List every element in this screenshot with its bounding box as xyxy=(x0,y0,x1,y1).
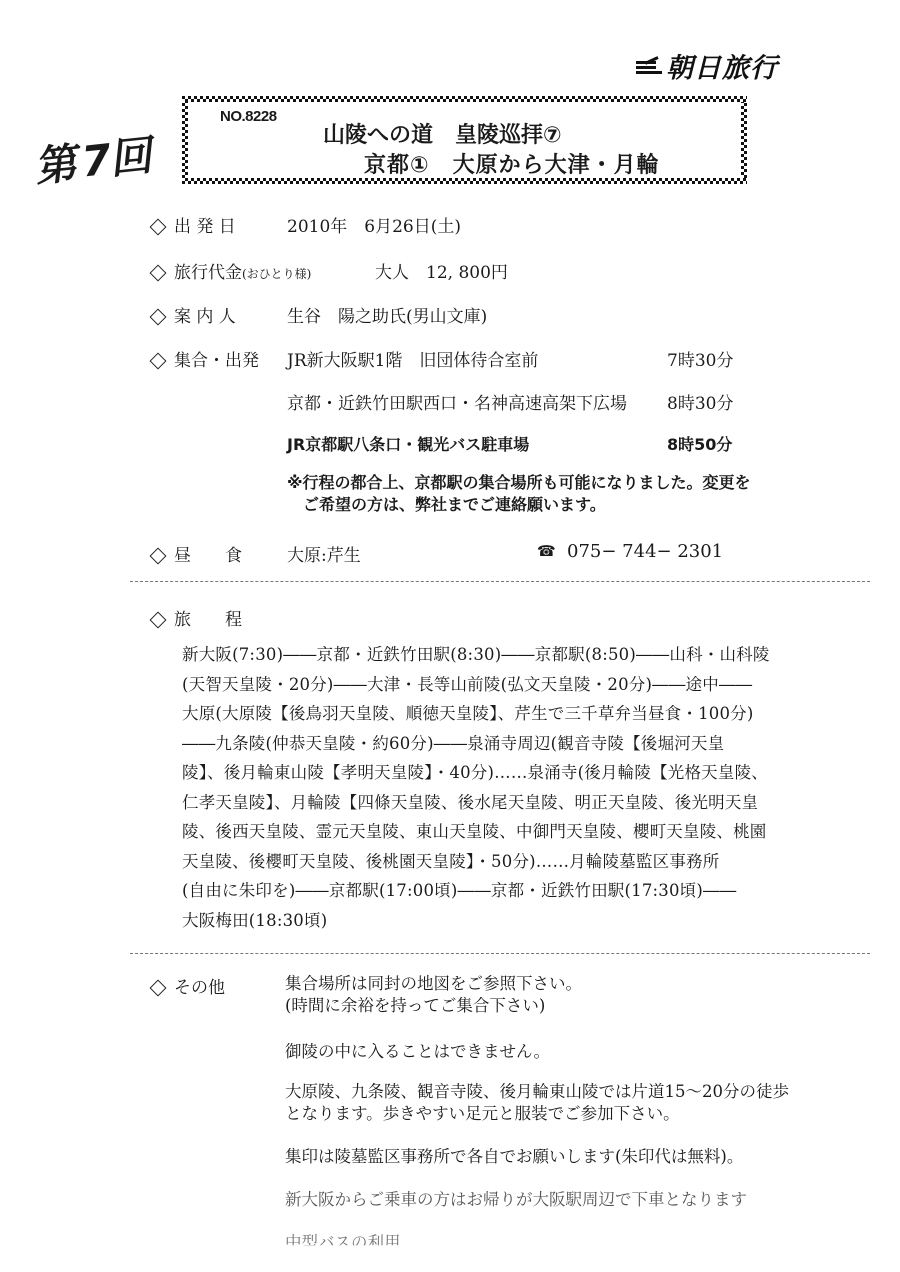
tour-subtitle: 京都① 大原から大津・月輪 xyxy=(364,148,660,179)
diamond-bullet-icon xyxy=(150,352,167,369)
itinerary-line: 仁孝天皇陵】、月輪陵【四條天皇陵、後水尾天皇陵、明正天皇陵、後光明天皇 xyxy=(182,788,842,818)
section-divider xyxy=(130,581,870,582)
diamond-bullet-icon xyxy=(150,218,167,235)
itinerary-line: ――九条陵(仲恭天皇陵・約60分)――泉涌寺周辺(観音寺陵【後堀河天皇 xyxy=(182,729,842,759)
meeting-time: 8時30分 xyxy=(667,389,733,414)
diamond-bullet-icon xyxy=(150,547,167,564)
diamond-bullet-icon xyxy=(150,264,167,281)
itinerary-line: 陵】、後月輪東山陵【孝明天皇陵】・40分)……泉涌寺(後月輪陵【光格天皇陵、 xyxy=(182,758,842,788)
diamond-bullet-icon xyxy=(150,308,167,325)
itinerary-line: 新大阪(7:30)――京都・近鉄竹田駅(8:30)――京都駅(8:50)――山科… xyxy=(182,640,842,670)
lunch-place: 大原:芹生 xyxy=(287,541,361,566)
title-box: NO.8228 山陵への道 皇陵巡拝⑦ 京都① 大原から大津・月輪 xyxy=(182,96,747,184)
guide-label: 案 内 人 xyxy=(148,302,236,327)
handwritten-note: 第7回 xyxy=(35,121,160,194)
other-note: 御陵の中に入ることはできません。 xyxy=(285,1041,550,1063)
itinerary-line: 陵、後西天皇陵、霊元天皇陵、東山天皇陵、中御門天皇陵、櫻町天皇陵、桃園 xyxy=(182,817,842,847)
meeting-place: JR京都駅八条口・観光バス駐車場 xyxy=(287,432,529,455)
itinerary-line: 大阪梅田(18:30頃) xyxy=(182,906,842,936)
other-note: 中型バスの利用 xyxy=(285,1232,401,1254)
itinerary-text: 新大阪(7:30)――京都・近鉄竹田駅(8:30)――京都駅(8:50)――山科… xyxy=(182,640,842,935)
company-name: 朝日旅行 xyxy=(666,46,778,85)
itinerary-line: (天智天皇陵・20分)――大津・長等山前陵(弘文天皇陵・20分)――途中―― xyxy=(182,670,842,700)
meeting-place: 京都・近鉄竹田駅西口・名神高速高架下広場 xyxy=(287,389,627,414)
other-note: 集合場所は同封の地図をご参照下さい。 (時間に余裕を持ってご集合下さい) xyxy=(285,973,582,1017)
price-value: 大人 12, 800円 xyxy=(375,258,508,283)
departure-label: 出 発 日 xyxy=(148,212,236,237)
lunch-label: 昼 食 xyxy=(148,541,242,566)
departure-date: 2010年 6月26日(土) xyxy=(287,212,461,237)
itinerary-line: 天皇陵、後櫻町天皇陵、後桃園天皇陵】・50分)……月輪陵墓監区事務所 xyxy=(182,847,842,877)
telephone-icon: ☎ xyxy=(537,542,556,560)
other-note: 大原陵、九条陵、観音寺陵、後月輪東山陵では片道15～20分の徒歩 となります。歩… xyxy=(285,1081,789,1125)
other-note: 新大阪からご乗車の方はお帰りが大阪駅周辺で下車となります xyxy=(285,1189,747,1211)
meeting-note: ※行程の都合上、京都駅の集合場所も可能になりました。変更を ご希望の方は、弊社ま… xyxy=(287,472,751,516)
tour-number: NO.8228 xyxy=(220,108,277,125)
company-logo: 朝日旅行 xyxy=(636,46,778,85)
diamond-bullet-icon xyxy=(150,611,167,628)
guide-name: 生谷 陽之助氏(男山文庫) xyxy=(287,302,487,327)
tour-title: 山陵への道 皇陵巡拝⑦ xyxy=(323,118,562,149)
meeting-time: 8時50分 xyxy=(667,432,732,455)
itinerary-line: 大原(大原陵【後鳥羽天皇陵、順徳天皇陵】、芹生で三千草弁当昼食・100分) xyxy=(182,699,842,729)
meeting-time: 7時30分 xyxy=(667,346,733,371)
diamond-bullet-icon xyxy=(150,979,167,996)
meeting-label: 集合・出発 xyxy=(148,346,259,371)
other-note: 集印は陵墓監区事務所で各自でお願いします(朱印代は無料)。 xyxy=(285,1146,743,1168)
phone-number: 075− 744− 2301 xyxy=(567,541,723,562)
rising-sun-icon xyxy=(636,56,662,76)
itinerary-line: (自由に朱印を)――京都駅(17:00頃)――京都・近鉄竹田駅(17:30頃)―… xyxy=(182,876,842,906)
section-divider xyxy=(130,953,870,954)
price-label: 旅行代金(おひとり様) xyxy=(148,258,311,283)
meeting-place: JR新大阪駅1階 旧団体待合室前 xyxy=(287,346,538,371)
